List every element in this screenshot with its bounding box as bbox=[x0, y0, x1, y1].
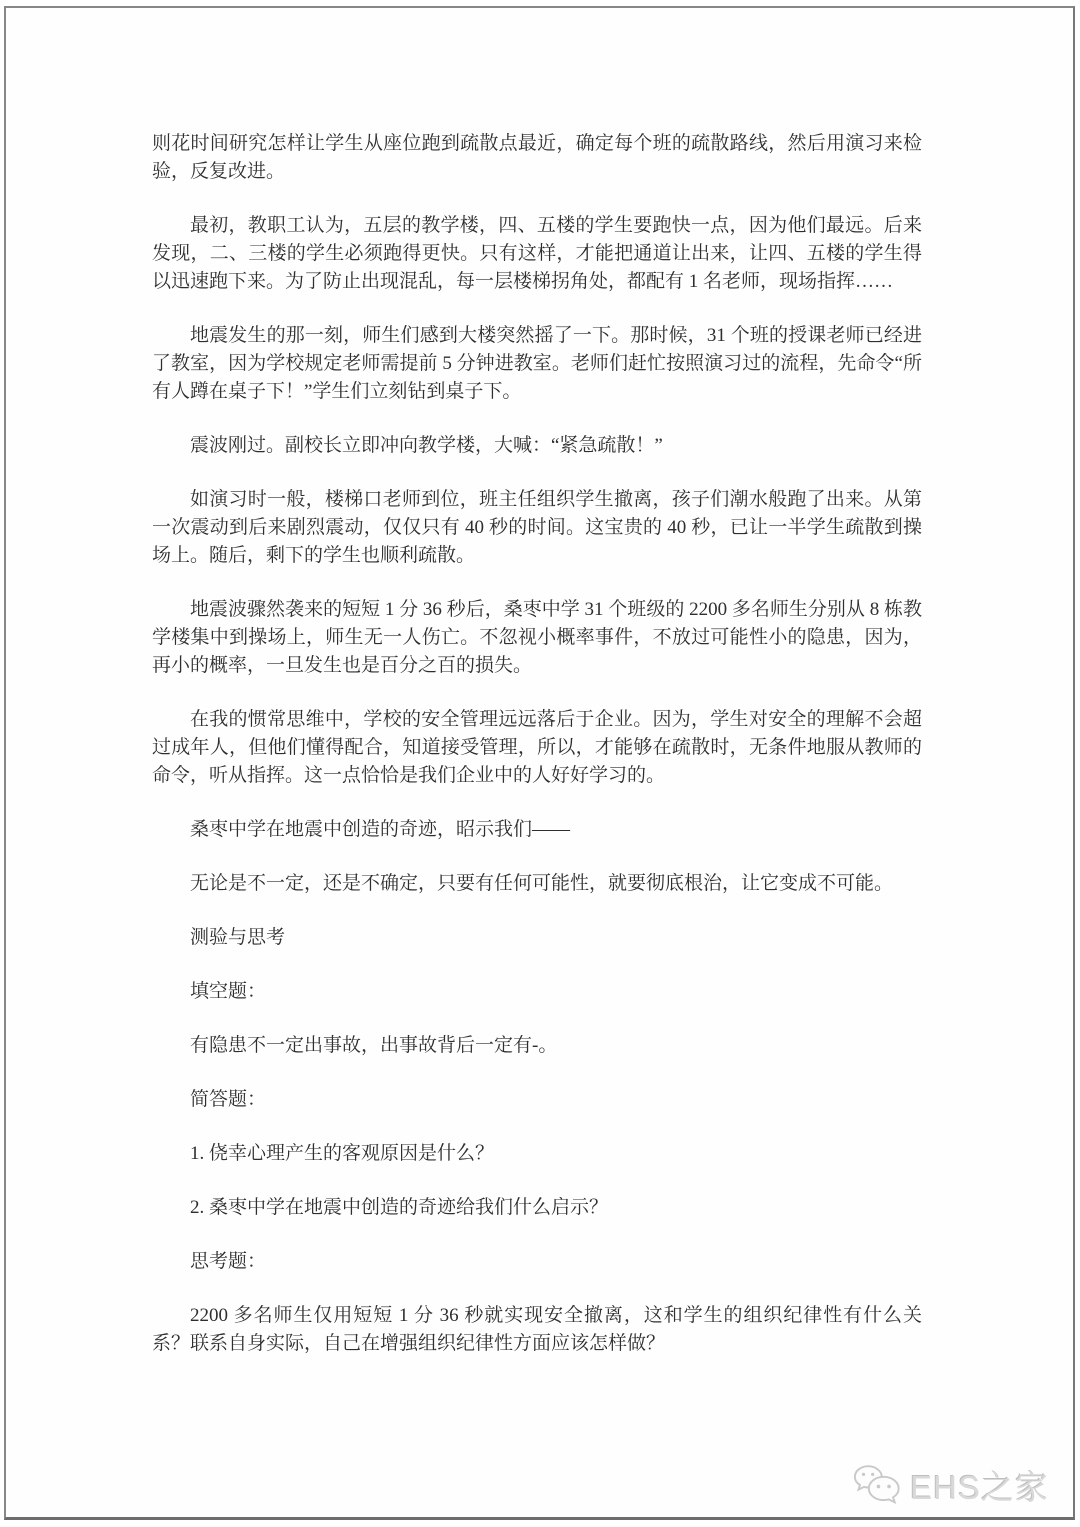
paragraph: 地震发生的那一刻，师生们感到大楼突然摇了一下。那时候，31 个班的授课老师已经进… bbox=[152, 322, 922, 406]
paragraph: 则花时间研究怎样让学生从座位跑到疏散点最近，确定每个班的疏散路线，然后用演习来检… bbox=[152, 130, 922, 186]
paragraph: 在我的惯常思维中，学校的安全管理远远落后于企业。因为，学生对安全的理解不会超过成… bbox=[152, 706, 922, 790]
paragraph: 填空题： bbox=[152, 978, 922, 1006]
paragraph: 无论是不一定，还是不确定，只要有任何可能性，就要彻底根治，让它变成不可能。 bbox=[152, 870, 922, 898]
paragraph: 地震波骤然袭来的短短 1 分 36 秒后，桑枣中学 31 个班级的 2200 多… bbox=[152, 596, 922, 680]
paragraph: 震波刚过。副校长立即冲向教学楼，大喊：“紧急疏散！” bbox=[152, 432, 922, 460]
document-text: 则花时间研究怎样让学生从座位跑到疏散点最近，确定每个班的疏散路线，然后用演习来检… bbox=[152, 130, 922, 1384]
paragraph: 2200 多名师生仅用短短 1 分 36 秒就实现安全撤离，这和学生的组织纪律性… bbox=[152, 1302, 922, 1358]
paragraph: 有隐患不一定出事故，出事故背后一定有-。 bbox=[152, 1032, 922, 1060]
wechat-icon bbox=[851, 1461, 903, 1509]
paragraph: 最初，教职工认为，五层的教学楼，四、五楼的学生要跑快一点，因为他们最远。后来发现… bbox=[152, 212, 922, 296]
paragraph: 1. 侥幸心理产生的客观原因是什么？ bbox=[152, 1140, 922, 1168]
paragraph: 如演习时一般，楼梯口老师到位，班主任组织学生撤离，孩子们潮水般跑了出来。从第一次… bbox=[152, 486, 922, 570]
paragraph: 思考题： bbox=[152, 1248, 922, 1276]
paragraph: 测验与思考 bbox=[152, 924, 922, 952]
document-page: 则花时间研究怎样让学生从座位跑到疏散点最近，确定每个班的疏散路线，然后用演习来检… bbox=[4, 6, 1075, 1520]
watermark-label: EHS之家 bbox=[910, 1462, 1049, 1509]
paragraph: 桑枣中学在地震中创造的奇迹，昭示我们—— bbox=[152, 816, 922, 844]
paragraph: 简答题： bbox=[152, 1086, 922, 1114]
paragraph: 2. 桑枣中学在地震中创造的奇迹给我们什么启示？ bbox=[152, 1194, 922, 1222]
watermark: EHS之家 bbox=[851, 1461, 1049, 1509]
